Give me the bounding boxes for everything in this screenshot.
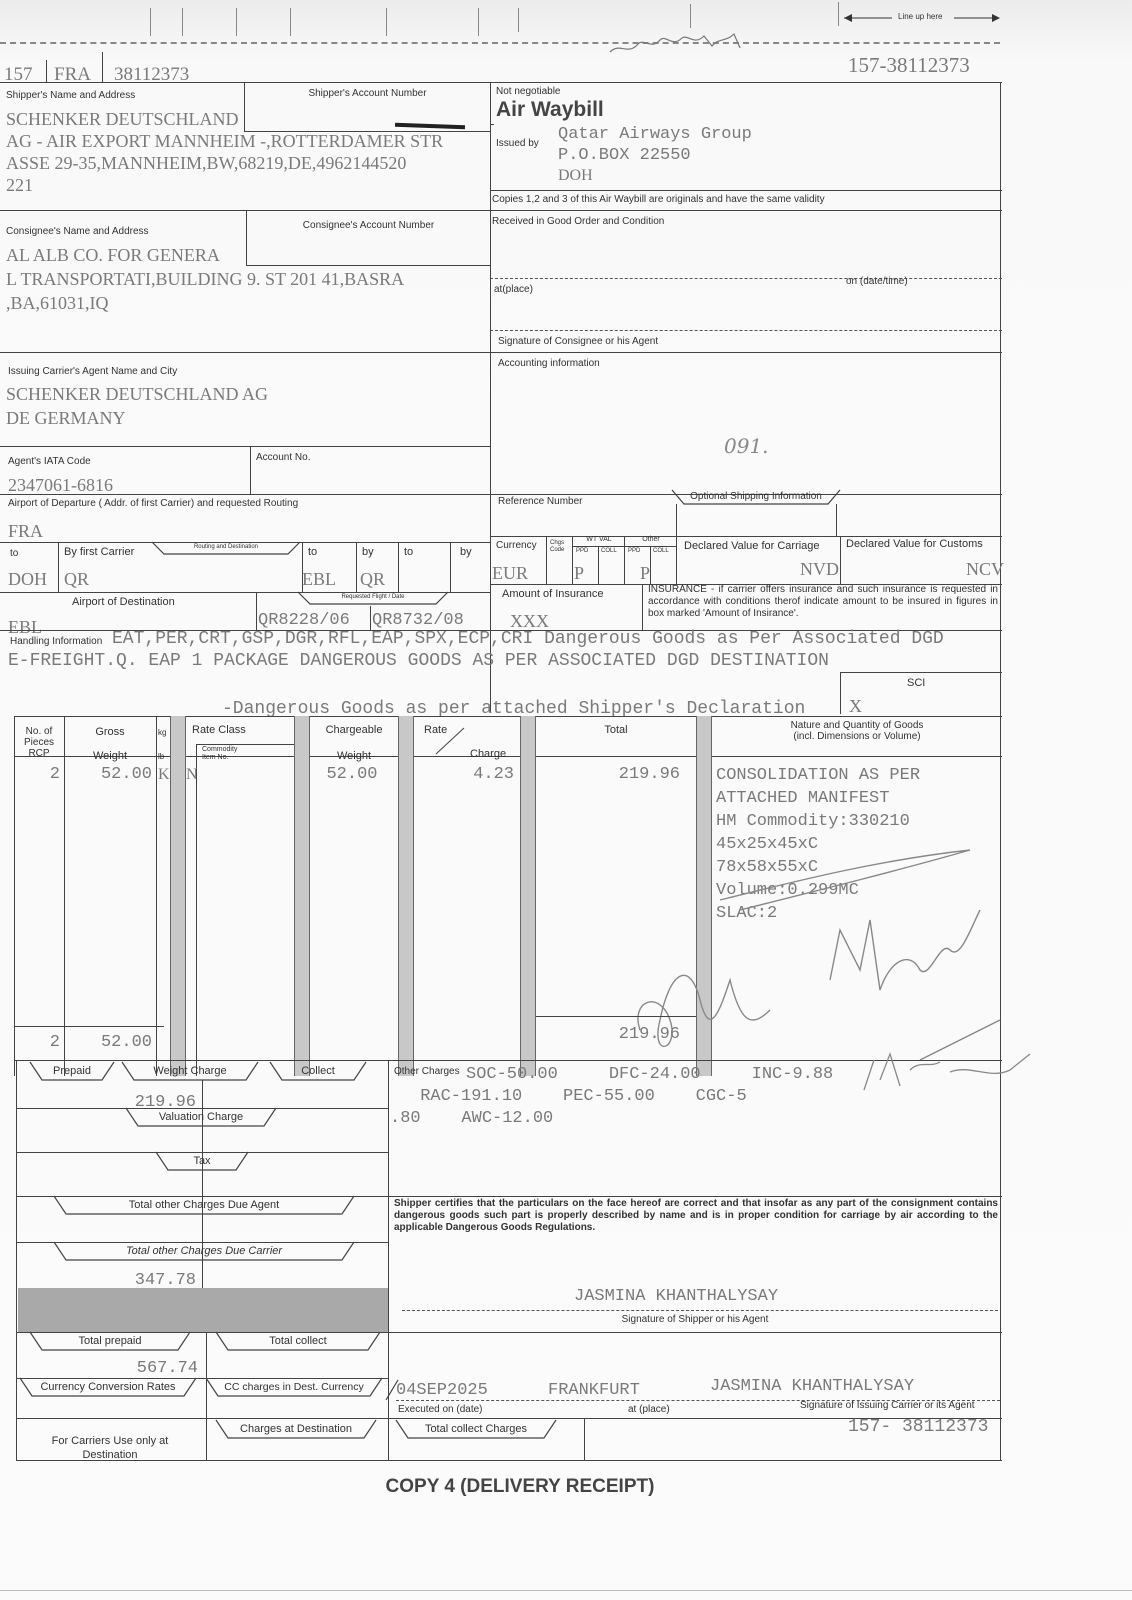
requested-flight-tab: Requested Flight / Date [298, 592, 448, 606]
declared-customs-value: NCV [966, 558, 1004, 580]
routing-to-value: DOH [8, 568, 47, 590]
agent-label: Issuing Carrier's Agent Name and City [8, 366, 177, 377]
frame-right [1000, 82, 1001, 1460]
agent-name-block: SCHENKER DEUTSCHLAND AG DE GERMANY [6, 382, 268, 430]
issuer-block: Qatar Airways Group P.O.BOX 22550 DOH [558, 124, 752, 186]
consignee-address: AL ALB CO. FOR GENERA L TRANSPORTATI,BUI… [6, 243, 404, 315]
weight-charge-tab: Weight Charge [122, 1062, 258, 1082]
requested-flight-label: Requested Flight / Date [341, 594, 404, 600]
tear-tick [478, 8, 479, 36]
currency-value: EUR [492, 562, 528, 584]
shaded-box [18, 1288, 388, 1332]
divider [388, 1196, 1002, 1197]
divider [836, 504, 837, 536]
divider [490, 190, 1002, 191]
chargeable-weight-header: Weight [310, 750, 398, 762]
accounting-label: Accounting information [498, 358, 600, 369]
divider [490, 536, 1002, 537]
col-divider [156, 716, 157, 1076]
cc-dest-label: CC charges in Dest. Currency [224, 1381, 363, 1393]
shipper-line: 221 [6, 174, 443, 196]
issuer-address: P.O.BOX 22550 [558, 145, 752, 166]
totals-divider [14, 1026, 164, 1027]
gross-weight-value: 52.00 [64, 764, 152, 786]
table-top [14, 716, 1002, 717]
valuation-tab: Valuation Charge [126, 1108, 276, 1128]
destination-label: Airport of Destination [72, 596, 175, 608]
line-up-label: Line up here [898, 12, 942, 21]
divider [0, 352, 1002, 353]
commodity-header: Commodity Item No. [202, 746, 252, 762]
other-charges-label: Other Charges [394, 1066, 460, 1077]
tear-tick [182, 8, 183, 36]
optional-info-label: Optional Shipping Information [690, 491, 822, 502]
divider [0, 210, 1002, 211]
totals-divider [536, 1016, 696, 1017]
cc-dest-tab: CC charges in Dest. Currency [206, 1378, 382, 1398]
handling-line-2: E-FREIGHT.Q. EAP 1 PACKAGE DANGEROUS GOO… [8, 650, 829, 672]
frame-left [16, 1060, 17, 1460]
wtval-label: WT VAL [574, 536, 624, 543]
divider [598, 546, 599, 584]
consignee-line: AL ALB CO. FOR GENERA [6, 243, 404, 267]
received-label: Received in Good Order and Condition [492, 216, 664, 227]
sci-box[interactable]: SCI X [840, 672, 1002, 714]
by3-label: by [460, 546, 472, 558]
wtval-ppd-value: P [574, 562, 584, 584]
declared-customs-label: Declared Value for Customs [846, 538, 983, 550]
total-prepaid-value[interactable]: 567.74 [20, 1358, 198, 1380]
total-collect-charges-tab: Total collect Charges [396, 1420, 556, 1440]
departure-label: Airport of Departure ( Addr. of first Ca… [8, 498, 298, 509]
first-carrier-value: QR [64, 568, 89, 590]
chargeable-header: Chargeable [310, 724, 398, 736]
handling-line-1: EAT,PER,CRT,GSP,DGR,RFL,EAP,SPX,ECP,CRI … [112, 628, 944, 650]
total-charge: 219.96 [536, 1024, 680, 1046]
issued-by-label: Issued by [496, 138, 539, 149]
routing-destination-label: Routing and Destination [194, 544, 258, 550]
other-ppd-value: P [640, 562, 650, 584]
nature-subheader: (incl. Dimensions or Volume) [712, 731, 1002, 742]
by2-value: QR [360, 568, 385, 590]
routing-to-label: to [10, 548, 18, 559]
line-up-marker: Line up here [842, 12, 1002, 24]
total-value: 219.96 [536, 764, 680, 786]
shipper-certification: Shipper certifies that the particulars o… [394, 1198, 998, 1234]
other-charges-line-3: .80 AWC-12.00 [390, 1108, 553, 1130]
consignee-line: L TRANSPORTATI,BUILDING 9. ST 201 41,BAS… [6, 267, 404, 291]
shipper-account-label: Shipper's Account Number [245, 88, 490, 99]
divider [546, 536, 547, 584]
routing-destination-tab: Routing and Destination [152, 542, 300, 556]
not-negotiable-label: Not negotiable [496, 86, 561, 97]
shipper-address: SCHENKER DEUTSCHLAND AG - AIR EXPORT MAN… [6, 108, 443, 196]
divider [584, 1418, 585, 1460]
copies-note: Copies 1,2 and 3 of this Air Waybill are… [492, 194, 825, 205]
copy-label: COPY 4 (DELIVERY RECEIPT) [0, 1476, 1040, 1498]
handling-label: Handling Information [10, 636, 102, 647]
tear-tick [290, 8, 291, 36]
weight-header: Weight [64, 750, 156, 762]
frame-bottom [16, 1460, 1002, 1461]
agent-name: SCHENKER DEUTSCHLAND AG [6, 382, 268, 406]
to3-label: to [404, 546, 413, 558]
divider [250, 446, 251, 494]
first-carrier-label: By first Carrier [64, 546, 134, 558]
shaded-separator [520, 716, 536, 1076]
on-datetime-label[interactable]: on (date/time) [846, 276, 908, 287]
issuer-name: Qatar Airways Group [558, 124, 752, 145]
insurance-amount-label: Amount of Insurance [502, 588, 604, 600]
divider [450, 542, 451, 592]
unit-value: K [158, 764, 170, 786]
total-collect-label: Total collect [269, 1335, 326, 1347]
other-label: Other [626, 536, 676, 543]
declared-carriage-label: Declared Value for Carriage [684, 540, 820, 552]
other-charges-line-1: SOC-50.00 DFC-24.00 INC-9.88 [466, 1064, 833, 1086]
due-carrier-tab: Total other Charges Due Carrier [54, 1242, 354, 1262]
due-carrier-label: Total other Charges Due Carrier [126, 1245, 282, 1257]
rate-value: 4.23 [414, 764, 514, 786]
shipper-line: SCHENKER DEUTSCHLAND [6, 108, 443, 130]
reference-label: Reference Number [498, 494, 582, 507]
shipper-signature-label: Signature of Shipper or his Agent [388, 1314, 1002, 1325]
charges-dest-tab: Charges at Destination [216, 1420, 376, 1440]
accounting-handwritten: 091. [724, 434, 769, 458]
awb-number-bottom: 157- 38112373 [848, 1416, 988, 1438]
valuation-label: Valuation Charge [159, 1111, 243, 1123]
kg-label: kg [158, 728, 166, 737]
shipper-line: ASSE 29-35,MANNHEIM,BW,68219,DE,49621445… [6, 152, 443, 174]
rate-slash [428, 726, 468, 756]
tax-label: Tax [193, 1155, 210, 1167]
frame-top [0, 82, 1002, 83]
total-collect-charges-label: Total collect Charges [425, 1423, 527, 1435]
chargeable-weight-value: 52.00 [310, 764, 394, 786]
total-pieces: 2 [14, 1032, 60, 1054]
declared-carriage-value: NVD [800, 558, 839, 580]
divider [58, 542, 59, 592]
pieces-header: No. of Pieces RCP [14, 726, 64, 759]
executed-place-label: at (place) [628, 1404, 670, 1415]
prepaid-label: Prepaid [53, 1065, 91, 1077]
awb-number-top: 157-38112373 [848, 54, 970, 76]
consignee-label: Consignee's Name and Address [6, 226, 149, 237]
collect-label: Collect [301, 1065, 335, 1077]
divider [370, 606, 371, 630]
divider [840, 536, 841, 584]
consignee-signature-label: Signature of Consignee or his Agent [498, 336, 658, 347]
divider [624, 536, 625, 584]
consignee-account-label: Consignee's Account Number [247, 220, 490, 231]
shipper-signature-name[interactable]: JASMINA KHANTHALYSAY [574, 1286, 778, 1308]
currency-rates-label: Currency Conversion Rates [40, 1381, 175, 1393]
account-no-label: Account No. [256, 452, 310, 463]
divider [256, 592, 257, 630]
at-place-label[interactable]: at(place) [494, 284, 533, 295]
scan-edge [0, 1590, 1132, 1591]
air-waybill-page: Line up here 157 FRA 38112373 157-381123… [0, 0, 1132, 1600]
nature-line: CONSOLIDATION AS PER [716, 764, 920, 787]
tear-tick [236, 8, 237, 36]
divider [642, 584, 643, 630]
divider [398, 542, 399, 592]
shipper-label: Shipper's Name and Address [6, 90, 135, 101]
other-ppd-label: PPD [628, 548, 640, 554]
tick [490, 124, 494, 125]
pieces-value: 2 [14, 764, 60, 786]
commodity-top [196, 744, 294, 745]
issuing-signature-label: Signature of Issuing Carrier or its Agen… [800, 1400, 975, 1411]
total-prepaid-label: Total prepaid [79, 1335, 142, 1347]
currency-label: Currency [496, 540, 537, 551]
destination-airport: EBL [8, 616, 42, 638]
lb-label: lb [158, 752, 164, 761]
other-coll-label: COLL [653, 548, 669, 554]
document-title: Air Waybill [496, 98, 604, 122]
iata-code-label: Agent's IATA Code [8, 456, 91, 467]
executed-date: 04SEP2025 [396, 1380, 488, 1402]
divider [388, 1332, 1002, 1333]
tear-tick [386, 8, 387, 36]
table-bottom [14, 1060, 1002, 1061]
nature-header: Nature and Quantity of Goods [712, 720, 1002, 731]
total-header: Total [536, 724, 696, 736]
dotted-line [490, 330, 1002, 331]
divider [676, 536, 677, 584]
divider [102, 52, 103, 82]
dotted-line [490, 278, 1002, 279]
due-agent-label: Total other Charges Due Agent [129, 1199, 279, 1211]
divider [46, 60, 47, 82]
executed-place: FRANKFURT [548, 1380, 640, 1402]
shaded-separator [170, 716, 186, 1076]
center-divider [490, 82, 491, 712]
rate-class-header: Rate Class [192, 724, 246, 736]
divider [356, 542, 357, 592]
prepaid-tab: Prepaid [30, 1062, 114, 1082]
to2-label: to [308, 546, 317, 558]
departure-airport: FRA [8, 520, 43, 542]
perforation-line [0, 42, 1000, 44]
to2-value: EBL [302, 568, 336, 590]
tear-tick [150, 8, 151, 36]
tear-tick [838, 2, 839, 26]
executed-date-label: Executed on (date) [398, 1404, 483, 1415]
divider [0, 446, 490, 447]
signature-line [402, 1310, 998, 1311]
shipper-line: AG - AIR EXPORT MANNHEIM -,ROTTERDAMER S… [6, 130, 443, 152]
gross-header: Gross [64, 726, 156, 738]
by2-label: by [362, 546, 374, 558]
agent-city: DE GERMANY [6, 406, 268, 430]
weight-charge-label: Weight Charge [153, 1065, 226, 1077]
divider [650, 546, 651, 584]
shaded-separator [294, 716, 310, 1076]
shaded-separator [398, 716, 414, 1076]
divider [676, 504, 677, 536]
issuer-city: DOH [558, 166, 752, 186]
chgs-code-label: Chgs Code [550, 540, 572, 554]
total-collect-tab: Total collect [216, 1332, 380, 1352]
insurance-note: INSURANCE - if carrier offers insurance … [648, 584, 998, 620]
divider [572, 536, 573, 584]
total-prepaid-tab: Total prepaid [30, 1332, 190, 1352]
collect-tab: Collect [270, 1062, 366, 1082]
iata-code: 2347061-6816 [8, 474, 113, 496]
handwritten-original-scribble [600, 20, 780, 60]
issuing-signer[interactable]: JASMINA KHANTHALYSAY [710, 1376, 914, 1398]
other-charges-line-2: RAC-191.10 PEC-55.00 CGC-5 [410, 1086, 747, 1108]
total-gross-weight: 52.00 [64, 1032, 152, 1054]
nature-line: ATTACHED MANIFEST [716, 787, 920, 810]
sci-value: X [849, 695, 862, 717]
rate-class-value: N [186, 764, 198, 786]
sci-label: SCI [907, 677, 925, 689]
wtval-coll-label: COLL [601, 548, 617, 554]
charges-dest-label: Charges at Destination [240, 1423, 352, 1435]
commodity-col [196, 744, 197, 1076]
charge-header: Charge [470, 748, 506, 760]
tax-tab: Tax [156, 1152, 248, 1172]
handwritten-scribble [860, 1050, 1040, 1110]
carriers-use-label: For Carriers Use only at Destination [40, 1434, 180, 1462]
due-agent-tab: Total other Charges Due Agent [54, 1196, 354, 1216]
wtval-ppd-label: PPD [576, 548, 588, 554]
optional-info-tab: Optional Shipping Information [672, 490, 840, 506]
divider [16, 1418, 388, 1419]
tear-tick [518, 8, 519, 32]
consignee-line: ,BA,61031,IQ [6, 291, 404, 315]
currency-rates-tab: Currency Conversion Rates [20, 1378, 196, 1398]
